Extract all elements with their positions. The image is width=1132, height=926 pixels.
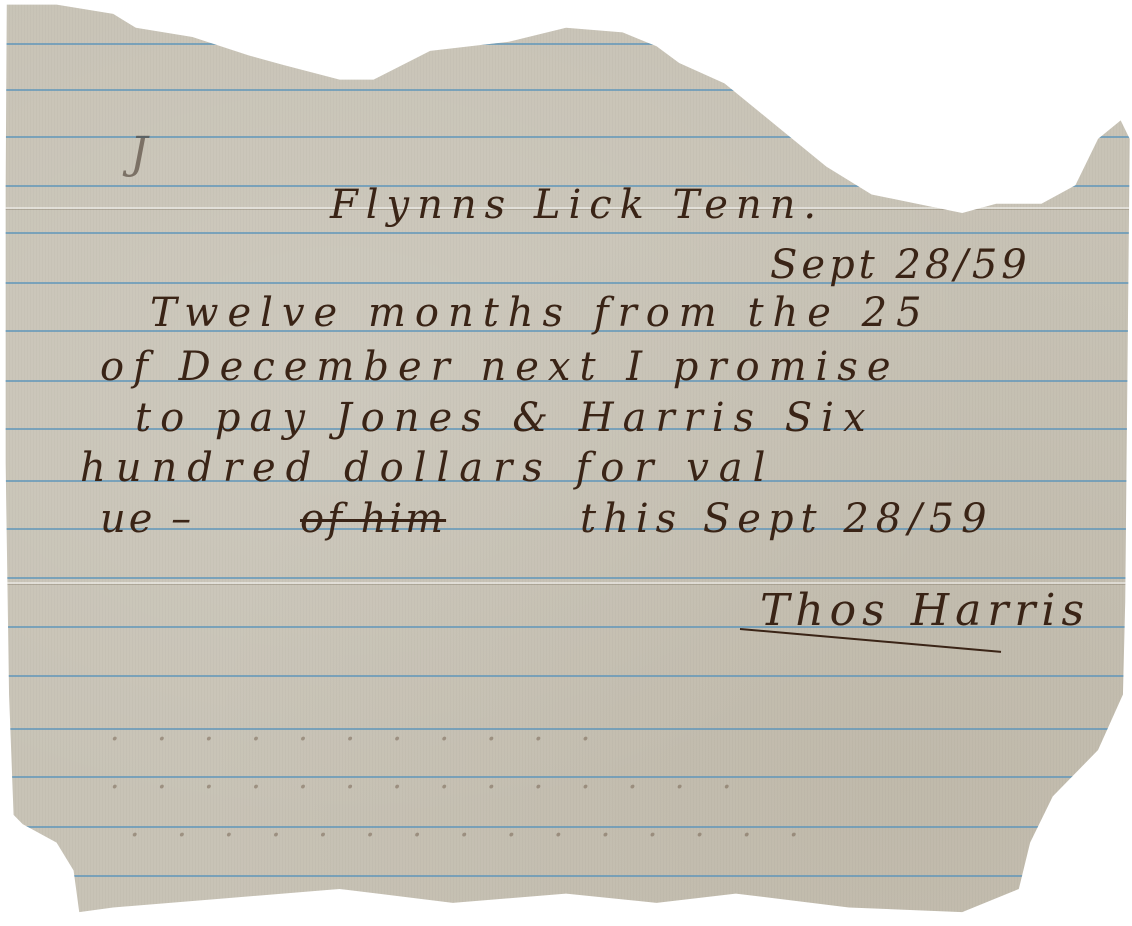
struck-text: of him — [300, 496, 446, 542]
header-place: Flynns Lick Tenn. — [330, 182, 824, 228]
corner-mark: J — [130, 128, 148, 179]
header-date: Sept 28/59 — [770, 242, 1031, 288]
fold-crease — [0, 582, 1132, 584]
ruled-line — [0, 136, 1132, 138]
faded-text: · · · · · · · · · · · · · · — [110, 770, 745, 805]
ruled-line — [0, 875, 1132, 877]
ruled-line — [0, 675, 1132, 677]
ruled-line — [0, 577, 1132, 579]
ruled-line — [0, 89, 1132, 91]
ruled-line — [0, 43, 1132, 45]
faded-text: · · · · · · · · · · · · · · · — [130, 818, 813, 853]
body-line-4: hundred dollars for val — [80, 445, 775, 491]
ruled-line — [0, 232, 1132, 234]
body-line-1: Twelve months from the 25 — [150, 290, 931, 336]
signature: Thos Harris — [760, 585, 1090, 636]
faded-text: · · · · · · · · · · · — [110, 722, 604, 757]
body-line-2: of December next I promise — [100, 344, 900, 390]
body-line-3: to pay Jones & Harris Six — [135, 395, 875, 441]
body-line-5-start: ue – — [100, 496, 194, 542]
document-sheet: J Flynns Lick Tenn. Sept 28/59 Twelve mo… — [0, 0, 1132, 926]
body-line-5-end: this Sept 28/59 — [580, 496, 994, 542]
